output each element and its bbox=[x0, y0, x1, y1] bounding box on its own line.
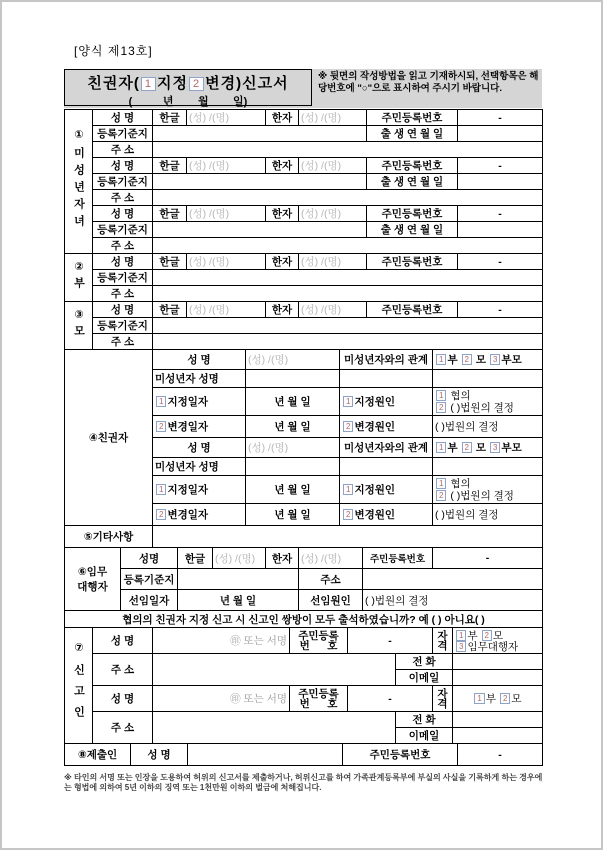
mother-hangul-label: 한글 bbox=[153, 302, 187, 318]
minor-3-hanja-label: 한자 bbox=[266, 206, 299, 222]
qual-mother: 모 bbox=[511, 693, 521, 705]
minor-3-birth-field bbox=[458, 222, 543, 238]
minor-1-hangul-label: 한글 bbox=[153, 110, 187, 126]
section-mother: ③모 성 명 한글 (성) /(명) 한자 (성) /(명) 주민등록번호 - … bbox=[64, 301, 543, 350]
title-date-line: ( 년 월 일) bbox=[65, 93, 311, 109]
reporter-1-phone-label: 전 화 bbox=[396, 654, 453, 670]
guardian-1-change-date-field: 년 월 일 bbox=[246, 416, 340, 438]
choice-box-3: 3 bbox=[490, 442, 500, 453]
minor-1-name-label: 성 명 bbox=[93, 110, 153, 126]
choice-box-2: 2 bbox=[343, 509, 353, 520]
proxy-appoint-date-field: 년 월 일 bbox=[178, 590, 299, 611]
attendance-question: 협의의 친권자 지정 신고 시 신고인 쌍방이 모두 출석하였습니까? 예 ( … bbox=[65, 611, 543, 628]
reporter-2-phone-label: 전 화 bbox=[396, 712, 453, 728]
title-mid: 지정 bbox=[157, 75, 188, 92]
qual-label-line1: 자 bbox=[434, 689, 451, 699]
guardian-2-minor-name-field2 bbox=[340, 458, 433, 476]
minor-2-rrn-label: 주민등록번호 bbox=[367, 158, 458, 174]
section-proxy: ⑥임무대행자 성명 한글 (성) /(명) 한자 (성) /(명) 주민등록번호… bbox=[64, 547, 543, 611]
rrn-label-line1: 주민등록 bbox=[292, 689, 345, 699]
proxy-regbase-label: 등록기준지 bbox=[121, 569, 178, 590]
guardian-2-relation-choices: 1부 2 모 3부모 bbox=[433, 438, 543, 458]
choice-box-2: 2 bbox=[436, 402, 446, 413]
proxy-section-label: ⑥임무대행자 bbox=[65, 548, 121, 611]
reporter-2-rrn-label: 주민등록번 호 bbox=[290, 686, 348, 712]
guardian-1-relation-choices: 1부 2 모 3부모 bbox=[433, 350, 543, 370]
desig-date-text: 지정일자 bbox=[167, 484, 208, 496]
minor-1-rrn-field: - bbox=[458, 110, 543, 126]
choice-2-box: 2 bbox=[189, 77, 204, 91]
minor-1-rrn-label: 주민등록번호 bbox=[367, 110, 458, 126]
proxy-appoint-date-label: 선임일자 bbox=[121, 590, 178, 611]
minor-3-hangul-field: (성) /(명) bbox=[187, 206, 266, 222]
guardian-section-label: ④친권자 bbox=[65, 350, 153, 526]
guardian-2-desig-date-field: 년 월 일 bbox=[246, 476, 340, 504]
minor-2-hanja-field: (성) /(명) bbox=[299, 158, 367, 174]
mother-hanja-label: 한자 bbox=[266, 302, 299, 318]
section-etc: ⑤기타사항 bbox=[64, 525, 543, 548]
title-suffix: 변경)신고서 bbox=[205, 75, 288, 92]
minor-2-hanja-label: 한자 bbox=[266, 158, 299, 174]
guardian-2-change-date-label: 2변경일자 bbox=[153, 504, 246, 526]
minor-2-rrn-field: - bbox=[458, 158, 543, 174]
choice-box-1: 1 bbox=[474, 693, 484, 704]
guardian-2-change-date-field: 년 월 일 bbox=[246, 504, 340, 526]
attendance-question-row: 협의의 친권자 지정 신고 시 신고인 쌍방이 모두 출석하였습니까? 예 ( … bbox=[64, 610, 543, 628]
minor-1-regbase-field bbox=[153, 126, 367, 142]
change-date-text: 변경일자 bbox=[167, 421, 208, 433]
choice-box-1: 1 bbox=[343, 396, 353, 407]
guardian-2-change-cause-label: 2변경원인 bbox=[340, 504, 433, 526]
minor-2-regbase-label: 등록기준지 bbox=[93, 174, 153, 190]
title-prefix: 친권자( bbox=[87, 75, 139, 92]
reporter-1-email-field bbox=[453, 670, 543, 686]
qual-line-2: 3임무대행자 bbox=[455, 641, 540, 652]
guardian-1-minor-name-field2 bbox=[340, 370, 433, 388]
father-regbase-label: 등록기준지 bbox=[93, 270, 153, 286]
submitter-name-field bbox=[188, 744, 343, 766]
reporter-1-name-field: ㊞ 또는 서명 bbox=[153, 628, 290, 654]
guardian-1-minor-name-field bbox=[246, 370, 340, 388]
guardian-2-minor-name-field3 bbox=[433, 458, 543, 476]
proxy-rrn-field: - bbox=[433, 548, 543, 569]
proxy-addr-field bbox=[363, 569, 543, 590]
cause-option-1: 1 협의 bbox=[435, 478, 540, 490]
change-cause-text: 변경원인 bbox=[354, 421, 395, 433]
cause-option-2: 2 ( )법원의 결정 bbox=[435, 402, 540, 414]
rrn-label-line2: 번 호 bbox=[292, 641, 345, 651]
reporter-1-email-label: 이메일 bbox=[396, 670, 453, 686]
mother-regbase-label: 등록기준지 bbox=[93, 318, 153, 334]
reporter-1-addr-field bbox=[153, 654, 396, 686]
submitter-name-label: 성 명 bbox=[131, 744, 188, 766]
submitter-section-label: ⑧제출인 bbox=[65, 744, 131, 766]
choice-label-both: 부모 bbox=[501, 442, 521, 454]
minor-3-name-label: 성 명 bbox=[93, 206, 153, 222]
proxy-regbase-field bbox=[178, 569, 299, 590]
proxy-appoint-cause-field: ( )법원의 결정 bbox=[363, 590, 543, 611]
mother-hanja-field: (성) /(명) bbox=[299, 302, 367, 318]
choice-box-1: 1 bbox=[456, 630, 466, 641]
guardian-2-minor-name-label: 미성년자 성명 bbox=[153, 458, 246, 476]
form-code: [양식 제13호] bbox=[74, 42, 153, 59]
minor-1-hanja-label: 한자 bbox=[266, 110, 299, 126]
minor-1-addr-label: 주 소 bbox=[93, 142, 153, 158]
cause-option-2: 2 ( )법원의 결정 bbox=[435, 490, 540, 502]
guardian-1-name-field: (성) /(명) bbox=[246, 350, 340, 370]
guardian-1-relation-label: 미성년자와의 관계 bbox=[340, 350, 433, 370]
desig-cause-text: 지정원인 bbox=[354, 484, 395, 496]
minor-2-addr-field bbox=[153, 190, 543, 206]
reporter-1-rrn-field: - bbox=[348, 628, 433, 654]
mother-rrn-field: - bbox=[458, 302, 543, 318]
qual-proxy: 임무대행자 bbox=[467, 641, 518, 653]
father-section-label: ②부 bbox=[65, 254, 93, 302]
etc-section-label: ⑤기타사항 bbox=[65, 526, 153, 548]
guardian-2-desig-cause-label: 1지정원인 bbox=[340, 476, 433, 504]
father-hangul-label: 한글 bbox=[153, 254, 187, 270]
cause-agreement-text: 협의 bbox=[447, 478, 470, 490]
desig-date-text: 지정일자 bbox=[167, 396, 208, 408]
proxy-name-label: 성명 bbox=[121, 548, 178, 569]
footer-note: ※ 타인의 서명 또는 인장을 도용하여 허위의 신고서를 제출하거나, 허위신… bbox=[64, 773, 550, 793]
guardian-2-desig-date-label: 1지정일자 bbox=[153, 476, 246, 504]
minor-1-addr-field bbox=[153, 142, 543, 158]
choice-box-2: 2 bbox=[156, 421, 166, 432]
proxy-hanja-label: 한자 bbox=[266, 548, 299, 569]
choice-box-1: 1 bbox=[156, 396, 166, 407]
choice-box-2: 2 bbox=[500, 693, 510, 704]
father-addr-label: 주 소 bbox=[93, 286, 153, 302]
etc-field bbox=[153, 526, 543, 548]
qual-father: 부 bbox=[486, 693, 496, 705]
minor-2-name-label: 성 명 bbox=[93, 158, 153, 174]
minor-1-regbase-label: 등록기준지 bbox=[93, 126, 153, 142]
proxy-addr-label: 주소 bbox=[299, 569, 363, 590]
reporter-2-email-field bbox=[453, 728, 543, 744]
guardian-1-desig-cause-label: 1지정원인 bbox=[340, 388, 433, 416]
choice-box-1: 1 bbox=[436, 478, 446, 489]
choice-box-1: 1 bbox=[436, 442, 446, 453]
form-body: ①미성년자녀 성 명 한글 (성) /(명) 한자 (성) /(명) 주민등록번… bbox=[64, 109, 542, 766]
proxy-appoint-cause-label: 선임원인 bbox=[299, 590, 363, 611]
father-addr-field bbox=[153, 286, 543, 302]
section-submitter: ⑧제출인 성 명 주민등록번호 - bbox=[64, 743, 543, 766]
minor-section-label: ①미성년자녀 bbox=[65, 110, 93, 254]
guardian-1-change-cause-label: 2변경원인 bbox=[340, 416, 433, 438]
desig-cause-text: 지정원인 bbox=[354, 396, 395, 408]
cause-agreement-text: 협의 bbox=[447, 390, 470, 402]
choice-box-1: 1 bbox=[436, 390, 446, 401]
form-header: 친권자(1지정2변경)신고서 ( 년 월 일) ※ 뒷면의 작성방법을 읽고 기… bbox=[64, 69, 542, 108]
choice-box-2: 2 bbox=[343, 421, 353, 432]
choice-box-2: 2 bbox=[482, 630, 492, 641]
change-cause-text: 변경원인 bbox=[354, 509, 395, 521]
guardian-1-minor-name-field3 bbox=[433, 370, 543, 388]
guardian-2-minor-name-field bbox=[246, 458, 340, 476]
choice-box-3: 3 bbox=[490, 354, 500, 365]
choice-box-2: 2 bbox=[436, 490, 446, 501]
minor-3-hanja-field: (성) /(명) bbox=[299, 206, 367, 222]
cause-court-text: ( )법원의 결정 bbox=[447, 490, 513, 502]
choice-label-father: 부 bbox=[447, 442, 457, 454]
father-name-label: 성 명 bbox=[93, 254, 153, 270]
reporter-2-addr-field bbox=[153, 712, 396, 744]
reporter-1-rrn-label: 주민등록번 호 bbox=[290, 628, 348, 654]
reporter-1-phone-field bbox=[453, 654, 543, 670]
choice-label-father: 부 bbox=[447, 354, 457, 366]
minor-2-birth-label: 출 생 연 월 일 bbox=[367, 174, 458, 190]
minor-3-hangul-label: 한글 bbox=[153, 206, 187, 222]
proxy-label-line2: 대행자 bbox=[67, 579, 118, 594]
qual-label-line2: 격 bbox=[434, 699, 451, 709]
minor-2-regbase-field bbox=[153, 174, 367, 190]
section-father: ②부 성 명 한글 (성) /(명) 한자 (성) /(명) 주민등록번호 - … bbox=[64, 253, 543, 302]
choice-box-2: 2 bbox=[462, 354, 472, 365]
reporter-2-name-field: ㊞ 또는 서명 bbox=[153, 686, 290, 712]
qual-label-line2: 격 bbox=[434, 641, 451, 651]
minor-1-birth-label: 출 생 연 월 일 bbox=[367, 126, 458, 142]
father-rrn-field: - bbox=[458, 254, 543, 270]
reporter-2-qual-choices: 1부 2모 bbox=[453, 686, 543, 712]
choice-box-1: 1 bbox=[156, 484, 166, 495]
guardian-2-name-label: 성 명 bbox=[153, 438, 246, 458]
mother-addr-label: 주 소 bbox=[93, 334, 153, 350]
form-title: 친권자(1지정2변경)신고서 bbox=[65, 72, 311, 93]
guardian-1-change-date-label: 2변경일자 bbox=[153, 416, 246, 438]
cause-court-text: ( )법원의 결정 bbox=[447, 402, 513, 414]
guardian-2-desig-cause-field: 1 협의2 ( )법원의 결정 bbox=[433, 476, 543, 504]
father-regbase-field bbox=[153, 270, 543, 286]
father-rrn-label: 주민등록번호 bbox=[367, 254, 458, 270]
minor-2-hangul-label: 한글 bbox=[153, 158, 187, 174]
submitter-rrn-field: - bbox=[458, 744, 543, 766]
qual-line-1: 1부 2모 bbox=[455, 630, 540, 641]
minor-3-addr-field bbox=[153, 238, 543, 254]
header-note: ※ 뒷면의 작성방법을 읽고 기재하시되, 선택항목은 해당번호에 "○"으로 … bbox=[312, 69, 542, 108]
minor-3-addr-label: 주 소 bbox=[93, 238, 153, 254]
reporter-2-phone-field bbox=[453, 712, 543, 728]
choice-1-box: 1 bbox=[141, 77, 156, 91]
reporter-2-email-label: 이메일 bbox=[396, 728, 453, 744]
guardian-2-relation-label: 미성년자와의 관계 bbox=[340, 438, 433, 458]
choice-label-mother: 모 bbox=[473, 442, 486, 454]
reporter-1-addr-label: 주 소 bbox=[93, 654, 153, 686]
minor-3-regbase-label: 등록기준지 bbox=[93, 222, 153, 238]
guardian-2-name-field: (성) /(명) bbox=[246, 438, 340, 458]
guardian-2-change-cause-field: ( )법원의 결정 bbox=[433, 504, 543, 526]
minor-2-hangul-field: (성) /(명) bbox=[187, 158, 266, 174]
rrn-label-line2: 번 호 bbox=[292, 699, 345, 709]
choice-label-both: 부모 bbox=[501, 354, 521, 366]
change-date-text: 변경일자 bbox=[167, 509, 208, 521]
cause-option-1: 1 협의 bbox=[435, 390, 540, 402]
title-box: 친권자(1지정2변경)신고서 ( 년 월 일) bbox=[64, 69, 312, 106]
guardian-1-desig-date-label: 1지정일자 bbox=[153, 388, 246, 416]
minor-3-birth-label: 출 생 연 월 일 bbox=[367, 222, 458, 238]
submitter-rrn-label: 주민등록번호 bbox=[343, 744, 458, 766]
minor-1-hangul-field: (성) /(명) bbox=[187, 110, 266, 126]
proxy-rrn-label: 주민등록번호 bbox=[363, 548, 433, 569]
minor-3-rrn-label: 주민등록번호 bbox=[367, 206, 458, 222]
minor-2-addr-label: 주 소 bbox=[93, 190, 153, 206]
reporter-2-addr-label: 주 소 bbox=[93, 712, 153, 744]
guardian-1-desig-cause-field: 1 협의2 ( )법원의 결정 bbox=[433, 388, 543, 416]
form-page: [양식 제13호] 친권자(1지정2변경)신고서 ( 년 월 일) ※ 뒷면의 … bbox=[0, 0, 603, 850]
minor-1-hanja-field: (성) /(명) bbox=[299, 110, 367, 126]
section-minor-children: ①미성년자녀 성 명 한글 (성) /(명) 한자 (성) /(명) 주민등록번… bbox=[64, 109, 543, 254]
proxy-label-line1: ⑥임무 bbox=[67, 564, 118, 579]
reporter-1-qual-choices: 1부 2모3임무대행자 bbox=[453, 628, 543, 654]
proxy-hangul-label: 한글 bbox=[178, 548, 213, 569]
mother-regbase-field bbox=[153, 318, 543, 334]
mother-section-label: ③모 bbox=[65, 302, 93, 350]
minor-3-rrn-field: - bbox=[458, 206, 543, 222]
reporter-2-qual-label: 자격 bbox=[433, 686, 453, 712]
choice-box-3: 3 bbox=[456, 641, 466, 652]
minor-3-regbase-field bbox=[153, 222, 367, 238]
choice-label-mother: 모 bbox=[473, 354, 486, 366]
guardian-1-minor-name-label: 미성년자 성명 bbox=[153, 370, 246, 388]
section-reporter: ⑦신고인 성 명 ㊞ 또는 서명 주민등록번 호 - 자격 1부 2모3임무대행… bbox=[64, 627, 543, 744]
reporter-2-name-label: 성 명 bbox=[93, 686, 153, 712]
father-hanja-label: 한자 bbox=[266, 254, 299, 270]
choice-box-2: 2 bbox=[156, 509, 166, 520]
guardian-1-change-cause-field: ( )법원의 결정 bbox=[433, 416, 543, 438]
proxy-hangul-field: (성) /(명) bbox=[213, 548, 266, 569]
reporter-section-label: ⑦신고인 bbox=[65, 628, 93, 744]
reporter-2-rrn-field: - bbox=[348, 686, 433, 712]
rrn-label-line1: 주민등록 bbox=[292, 631, 345, 641]
minor-1-birth-field bbox=[458, 126, 543, 142]
guardian-1-desig-date-field: 년 월 일 bbox=[246, 388, 340, 416]
guardian-1-name-label: 성 명 bbox=[153, 350, 246, 370]
choice-box-2: 2 bbox=[462, 442, 472, 453]
reporter-1-name-label: 성 명 bbox=[93, 628, 153, 654]
minor-2-birth-field bbox=[458, 174, 543, 190]
mother-hangul-field: (성) /(명) bbox=[187, 302, 266, 318]
father-hangul-field: (성) /(명) bbox=[187, 254, 266, 270]
proxy-hanja-field: (성) /(명) bbox=[299, 548, 363, 569]
qual-label-line1: 자 bbox=[434, 631, 451, 641]
section-guardian: ④친권자 성 명 (성) /(명) 미성년자와의 관계 1부 2 모 3부모 미… bbox=[64, 349, 543, 526]
choice-box-1: 1 bbox=[343, 484, 353, 495]
mother-rrn-label: 주민등록번호 bbox=[367, 302, 458, 318]
father-hanja-field: (성) /(명) bbox=[299, 254, 367, 270]
mother-addr-field bbox=[153, 334, 543, 350]
reporter-1-qual-label: 자격 bbox=[433, 628, 453, 654]
mother-name-label: 성 명 bbox=[93, 302, 153, 318]
choice-box-1: 1 bbox=[436, 354, 446, 365]
